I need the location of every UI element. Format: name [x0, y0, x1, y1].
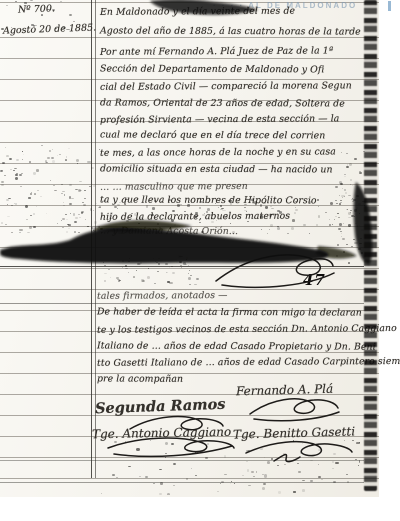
- manuscript-line: profesión Sirvienta — vecina de esta sec…: [100, 113, 368, 126]
- manuscript-line: te mes, a las once horas de la noche y e…: [100, 146, 368, 159]
- scanned-register-page: · · · · AL DE MALDONADO Nº 700. Agosto 2…: [0, 0, 400, 521]
- manuscript-line: ta y que lleva los nombres de Hipólito C…: [100, 194, 368, 206]
- act-date: Agosto 20 de 1885.: [3, 22, 96, 36]
- rule-line: [0, 460, 364, 461]
- signature-witness-2: Tge. Benitto Gasetti: [233, 424, 355, 441]
- ink-blot-right-fade: [316, 246, 357, 259]
- manuscript-line: cual me declaró que en el día trece del …: [100, 129, 368, 141]
- manuscript-line: En Maldonado y el día veinte del mes de: [100, 5, 368, 18]
- manuscript-line: De haber de leída el acta la firma con m…: [97, 306, 365, 318]
- manuscript-line: cial del Estado Civil — compareció la mo…: [100, 80, 368, 93]
- rule-line: [0, 482, 364, 483]
- rule-line: [0, 266, 364, 267]
- manuscript-line: domicilio situada en esta ciudad — ha na…: [100, 163, 368, 175]
- folio-number: 47: [303, 271, 326, 289]
- manuscript-line: tto Gasetti Italiano de … años de edad C…: [97, 356, 365, 369]
- ink-blots: [0, 0, 400, 521]
- manuscript-paper: · · · · AL DE MALDONADO Nº 700. Agosto 2…: [0, 0, 379, 497]
- manuscript-line: Agosto del año de 1885, á las cuatro hor…: [100, 25, 368, 37]
- page-binding-edge: [364, 0, 377, 491]
- rule-line: [0, 303, 364, 304]
- blue-edge-mark: [388, 1, 391, 11]
- scan-noise: [90, 440, 360, 495]
- manuscript-line: tales firmados, anotados —: [97, 289, 365, 302]
- manuscript-line: hijo de la declarante, abuelos maternos: [100, 210, 368, 223]
- signature-official: Fernando A. Plá: [236, 382, 334, 399]
- manuscript-line: Por ante mí Fernando A. Plá Juez de Paz …: [100, 45, 368, 58]
- signature-witness-1: Tge. Antonio Caggiano: [92, 425, 231, 441]
- manuscript-line: Italiano de … años de edad Casado Propie…: [97, 340, 365, 352]
- manuscript-line: Sección del Departamento de Maldonado y …: [100, 63, 368, 75]
- scan-noise: [100, 255, 200, 285]
- act-number: Nº 700.: [18, 3, 55, 15]
- signature-declarant: Segunda Ramos: [95, 396, 226, 418]
- rubric-flourish: [248, 394, 340, 424]
- scan-noise: [0, 145, 100, 233]
- margin-rule: [91, 0, 92, 478]
- manuscript-line: da Ramos, Oriental de 23 años de edad, S…: [100, 97, 368, 109]
- manuscript-line: te y los testigos vecinos de esta secció…: [97, 323, 365, 336]
- manuscript-line: … y Damiana Acosta Orión…: [100, 225, 368, 237]
- manuscript-line: … … masculino que me presen: [100, 180, 368, 193]
